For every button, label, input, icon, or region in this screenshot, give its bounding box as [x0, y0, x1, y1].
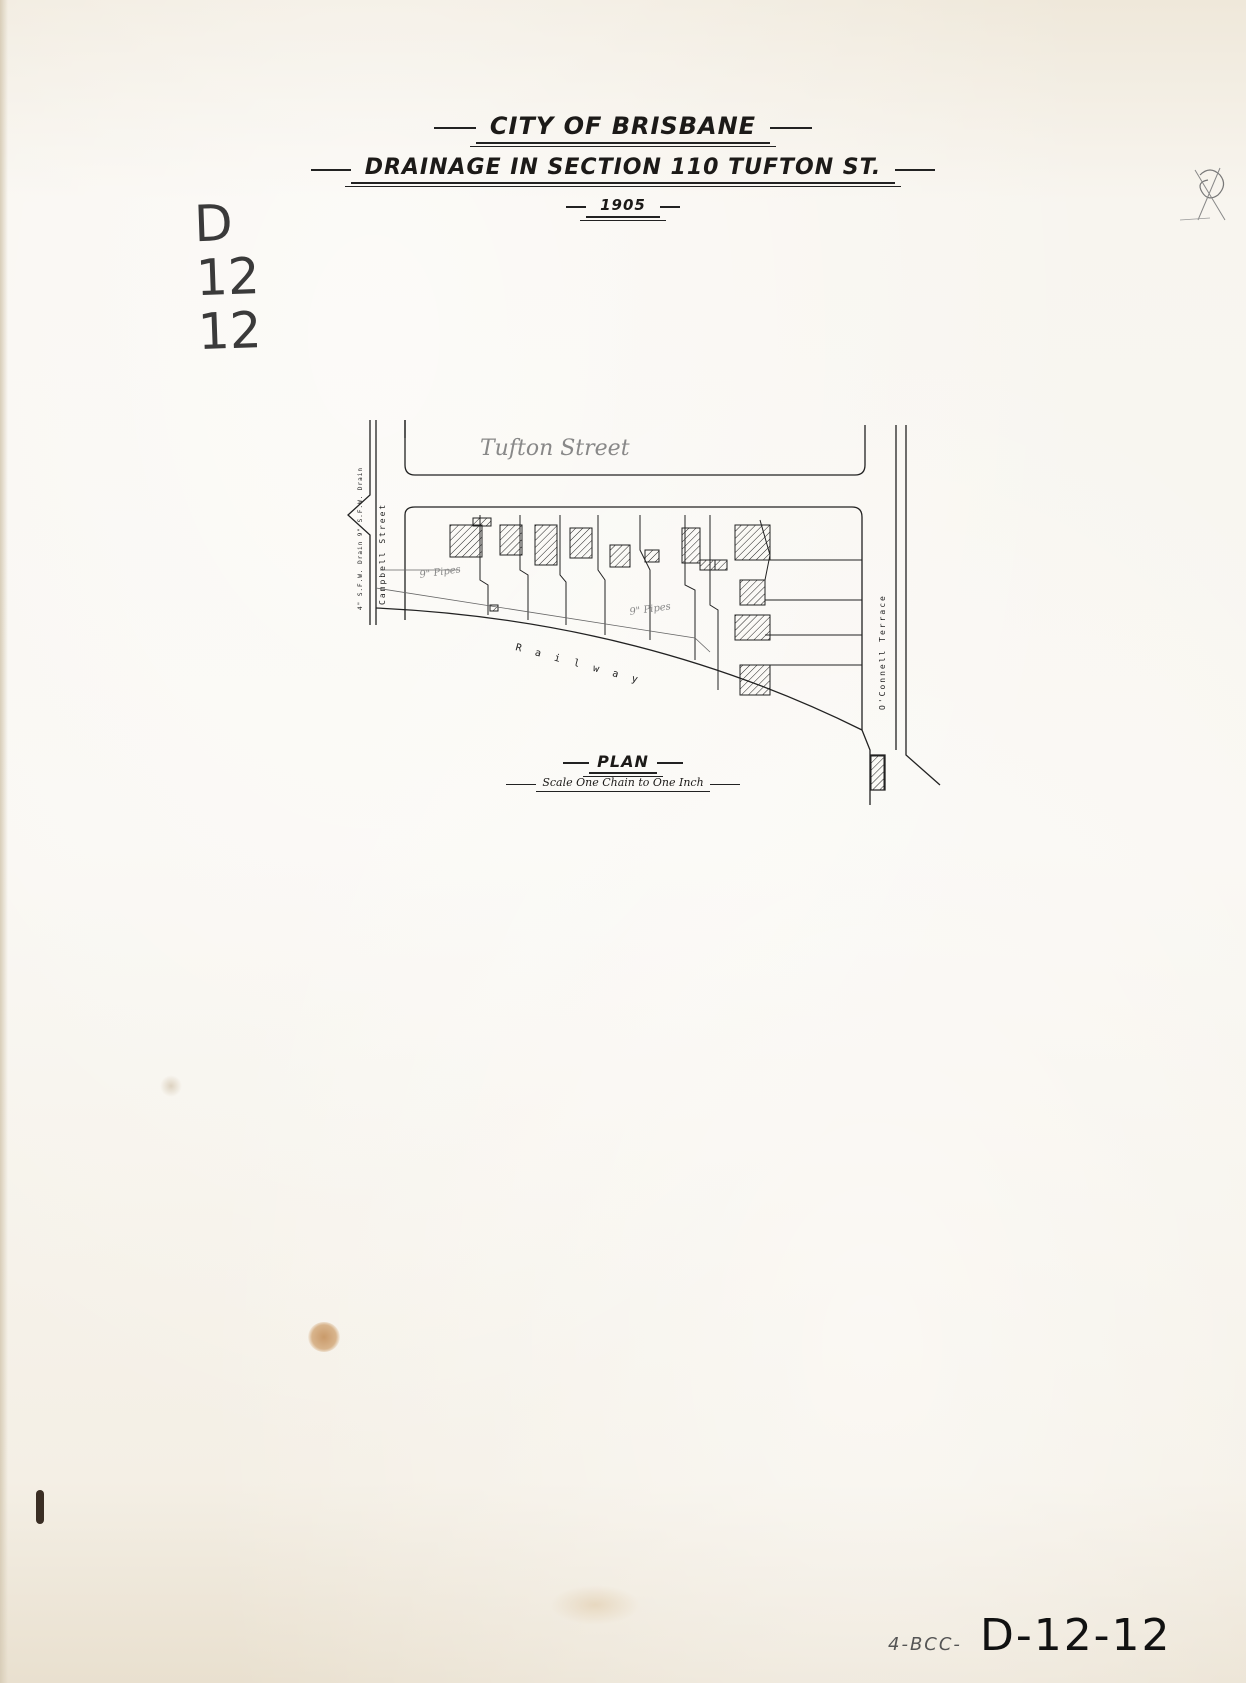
document-year: 1905	[586, 196, 660, 218]
street-label-oconnell: O'Connell Terrace	[878, 594, 887, 710]
street-label-tufton: Tufton Street	[480, 436, 630, 461]
stain	[550, 1585, 640, 1625]
pencil-ref-letter: D	[193, 195, 265, 251]
stain	[308, 1322, 340, 1352]
drain-annotation: 4" S.F.W. Drain 9" S.F.W. Drain	[357, 467, 364, 610]
rule	[660, 206, 680, 208]
street-labels: Tufton Street Campbell Street 4" S.F.W. …	[357, 436, 887, 710]
rule	[311, 169, 351, 171]
plan-drawing: Tufton Street Campbell Street 4" S.F.W. …	[340, 410, 960, 810]
pencil-ref-number: 12	[197, 303, 269, 359]
paper-edge	[0, 0, 8, 1683]
document-subtitle: Drainage in Section 110 Tufton St.	[351, 155, 896, 184]
ink-mark	[36, 1490, 44, 1524]
title-line-3: 1905	[0, 196, 1246, 218]
drain-label: 9" Pipes	[419, 564, 462, 581]
rule	[710, 784, 740, 785]
paper-background	[0, 0, 1246, 1683]
stain	[160, 1075, 182, 1097]
rule	[895, 169, 935, 171]
title-line-2: Drainage in Section 110 Tufton St.	[0, 155, 1246, 184]
title-line-1: City of Brisbane	[0, 112, 1246, 144]
archive-reference: 4-BCC- D-12-12	[888, 1610, 1172, 1661]
plan-scale: Scale One Chain to One Inch	[536, 776, 709, 792]
rule	[566, 206, 586, 208]
pencil-reference: D 12 12	[193, 195, 269, 359]
pencil-ref-number: 12	[195, 249, 267, 305]
plan-title: Plan	[589, 752, 657, 774]
rule	[770, 127, 812, 129]
drainage-plan: Tufton Street Campbell Street 4" S.F.W. …	[340, 410, 960, 810]
rule	[506, 784, 536, 785]
rule	[657, 762, 683, 764]
plan-caption: Plan	[0, 752, 1246, 774]
street-label-railway: Railway	[514, 642, 652, 689]
scale-row: Scale One Chain to One Inch	[0, 776, 1246, 792]
rule	[434, 127, 476, 129]
archive-code: D-12-12	[980, 1610, 1172, 1661]
corner-sketch-icon	[1180, 160, 1240, 240]
document-title: City of Brisbane	[476, 112, 770, 144]
archive-prefix: 4-BCC-	[888, 1634, 962, 1655]
street-label-campbell: Campbell Street	[378, 503, 387, 605]
rule	[563, 762, 589, 764]
